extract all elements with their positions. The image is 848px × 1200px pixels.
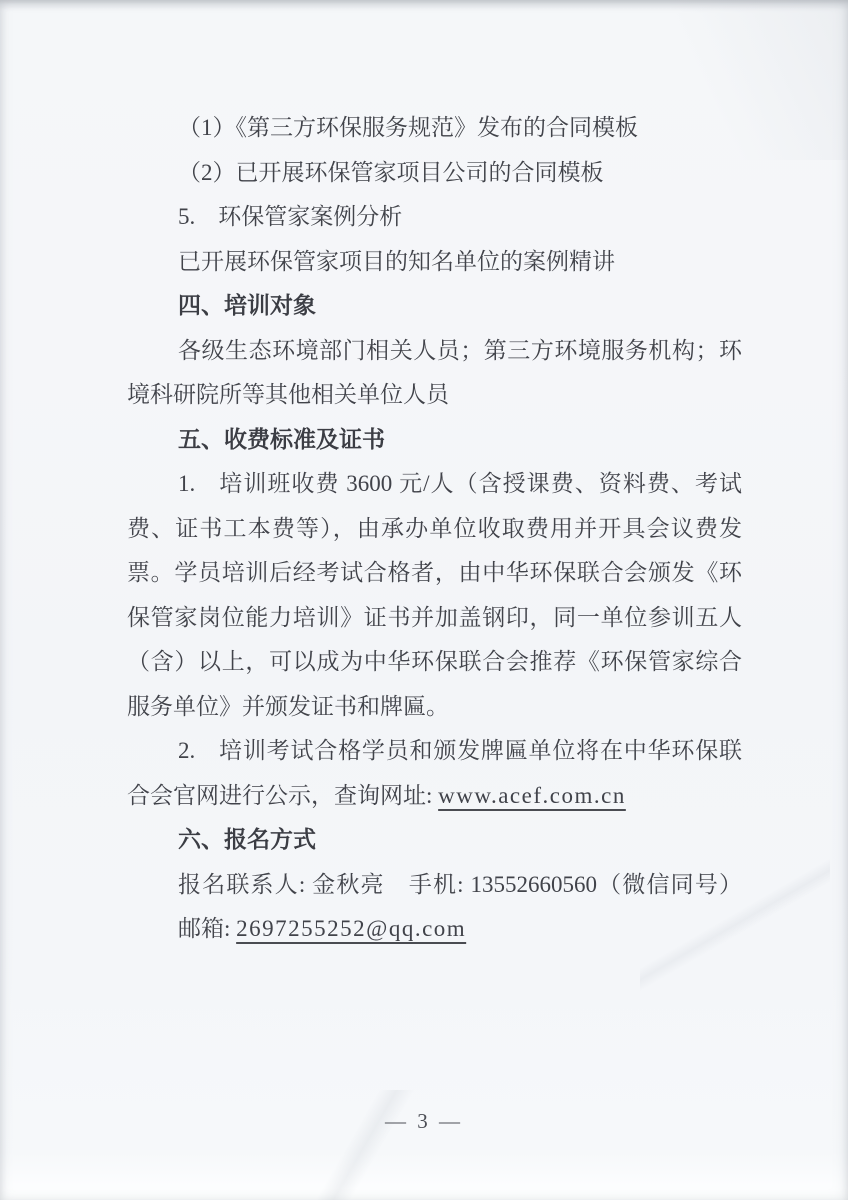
heading-line: 六、报名方式 [127,818,742,863]
heading-line: 四、培训对象 [127,284,742,329]
text-segment: （1）《第三方环保服务规范》发布的合同模板 [178,115,638,140]
text-segment: （含）以上，可以成为中华环保联合会推荐《环保管家综合 [127,649,742,674]
text-line: （2）已开展环保管家项目公司的合同模板 [127,151,742,196]
text-segment: 1. 培训班收费 3600 元/人（含授课费、资料费、考试 [178,471,742,496]
text-line: 5. 环保管家案例分析 [127,195,742,240]
text-line: 票。学员培训后经考试合格者，由中华环保联合会颁发《环 [127,551,742,596]
text-line: 境科研院所等其他相关单位人员 [127,373,742,418]
text-segment: 合会官网进行公示，查询网址: [127,783,438,808]
text-segment: 已开展环保管家项目的知名单位的案例精讲 [178,249,615,274]
text-line: 2. 培训考试合格学员和颁发牌匾单位将在中华环保联 [127,729,742,774]
text-segment: 境科研院所等其他相关单位人员 [127,382,449,407]
text-line: 保管家岗位能力培训》证书并加盖钢印，同一单位参训五人 [127,596,742,641]
scanned-document-page: （1）《第三方环保服务规范》发布的合同模板（2）已开展环保管家项目公司的合同模板… [0,0,848,1200]
text-segment: 2. 培训考试合格学员和颁发牌匾单位将在中华环保联 [178,738,742,763]
text-line: （1）《第三方环保服务规范》发布的合同模板 [127,106,742,151]
page-number: — 3 — [0,1106,848,1136]
text-segment: 票。学员培训后经考试合格者，由中华环保联合会颁发《环 [127,560,742,585]
text-segment: 保管家岗位能力培训》证书并加盖钢印，同一单位参训五人 [127,605,742,630]
text-segment: 报名联系人: 金秋亮 手机: 13552660560（微信同号） [178,872,742,897]
url-link: www.acef.com.cn [438,783,626,808]
text-line: 各级生态环境部门相关人员；第三方环境服务机构；环 [127,329,742,374]
text-segment: 四、培训对象 [178,293,316,318]
heading-line: 五、收费标准及证书 [127,418,742,463]
text-line: （含）以上，可以成为中华环保联合会推荐《环保管家综合 [127,640,742,685]
text-line: 1. 培训班收费 3600 元/人（含授课费、资料费、考试 [127,462,742,507]
text-segment: （2）已开展环保管家项目公司的合同模板 [178,160,604,185]
text-line: 邮箱: 2697255252@qq.com [127,907,742,952]
document-body: （1）《第三方环保服务规范》发布的合同模板（2）已开展环保管家项目公司的合同模板… [127,106,742,952]
text-segment: 邮箱: [178,916,236,941]
text-line: 合会官网进行公示，查询网址: www.acef.com.cn [127,774,742,819]
text-segment: 5. 环保管家案例分析 [178,204,402,229]
text-segment: 费、证书工本费等），由承办单位收取费用并开具会议费发 [127,516,742,541]
text-line: 已开展环保管家项目的知名单位的案例精讲 [127,240,742,285]
text-line: 报名联系人: 金秋亮 手机: 13552660560（微信同号） [127,863,742,908]
email-link: 2697255252@qq.com [236,916,466,941]
text-line: 费、证书工本费等），由承办单位收取费用并开具会议费发 [127,507,742,552]
text-line: 服务单位》并颁发证书和牌匾。 [127,685,742,730]
text-segment: 服务单位》并颁发证书和牌匾。 [127,694,449,719]
text-segment: 各级生态环境部门相关人员；第三方环境服务机构；环 [178,338,742,363]
text-segment: 五、收费标准及证书 [178,427,385,452]
text-segment: 六、报名方式 [178,827,316,852]
